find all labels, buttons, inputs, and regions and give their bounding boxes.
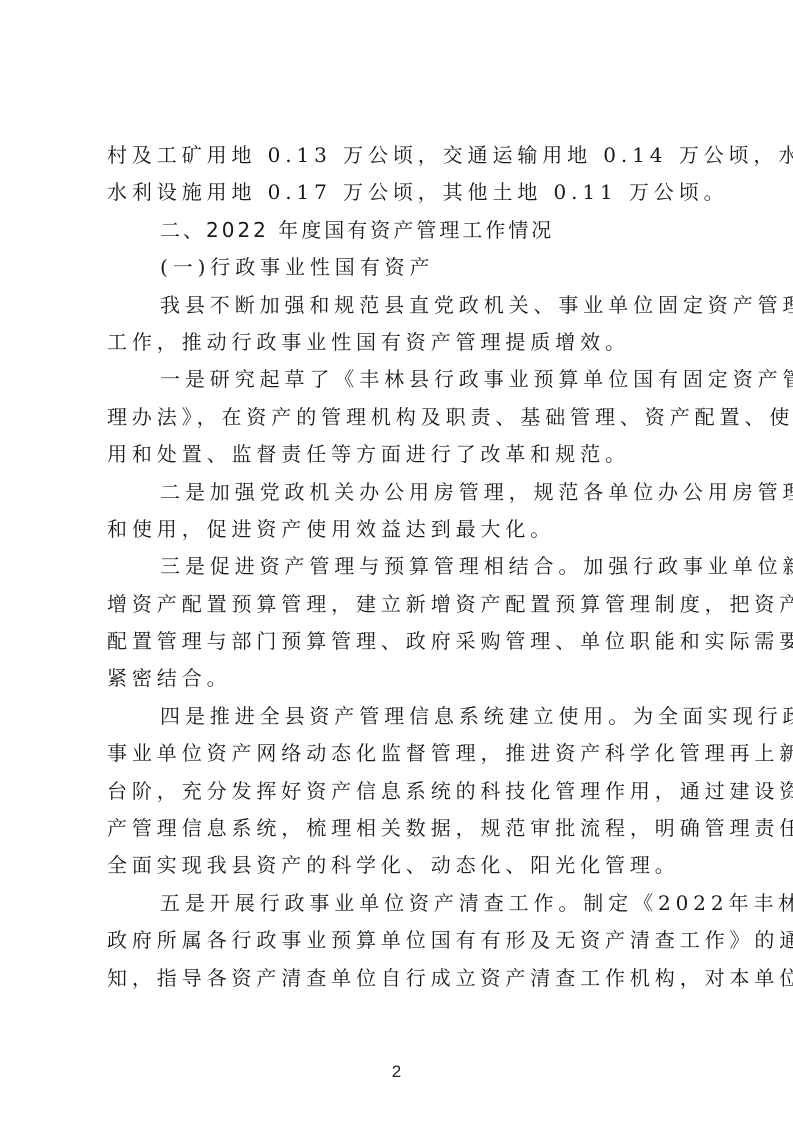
text-line: 配置管理与部门预算管理、政府采购管理、单位职能和实际需要 xyxy=(107,623,693,660)
text-line: 政府所属各行政事业预算单位国有有形及无资产清查工作》的通 xyxy=(107,922,693,959)
text-line: 产管理信息系统，梳理相关数据，规范审批流程，明确管理责任， xyxy=(107,810,693,847)
text-line: 增资产配置预算管理，建立新增资产配置预算管理制度，把资产 xyxy=(107,586,693,623)
text-line: 台阶，充分发挥好资产信息系统的科技化管理作用，通过建设资 xyxy=(107,773,693,810)
text-line: 三是促进资产管理与预算管理相结合。加强行政事业单位新 xyxy=(107,548,693,585)
subsection-heading: (一)行政事业性国有资产 xyxy=(107,249,693,286)
text-line: 全面实现我县资产的科学化、动态化、阳光化管理。 xyxy=(107,847,693,884)
section-heading: 二、2022 年度国有资产管理工作情况 xyxy=(107,212,693,249)
page-number: 2 xyxy=(0,1062,793,1082)
text-line: 工作，推动行政事业性国有资产管理提质增效。 xyxy=(107,324,693,361)
text-line: 理办法》，在资产的管理机构及职责、基础管理、资产配置、使 xyxy=(107,399,693,436)
document-page: 村及工矿用地 0.13 万公顷，交通运输用地 0.14 万公顷，水域及 水利设施… xyxy=(0,0,793,1122)
text-line: 知，指导各资产清查单位自行成立资产清查工作机构，对本单位 xyxy=(107,960,693,997)
text-line: 和使用，促进资产使用效益达到最大化。 xyxy=(107,511,693,548)
text-line: 五是开展行政事业单位资产清查工作。制定《2022年丰林县 xyxy=(107,885,693,922)
text-line: 一是研究起草了《丰林县行政事业预算单位国有固定资产管 xyxy=(107,361,693,398)
text-line: 水利设施用地 0.17 万公顷，其他土地 0.11 万公顷。 xyxy=(107,174,693,211)
text-line: 用和处置、监督责任等方面进行了改革和规范。 xyxy=(107,436,693,473)
text-line: 紧密结合。 xyxy=(107,660,693,697)
text-line: 四是推进全县资产管理信息系统建立使用。为全面实现行政 xyxy=(107,698,693,735)
body-text: 村及工矿用地 0.13 万公顷，交通运输用地 0.14 万公顷，水域及 水利设施… xyxy=(107,137,693,997)
text-line: 二是加强党政机关办公用房管理，规范各单位办公用房管理 xyxy=(107,474,693,511)
text-line: 事业单位资产网络动态化监督管理，推进资产科学化管理再上新 xyxy=(107,735,693,772)
text-line: 我县不断加强和规范县直党政机关、事业单位固定资产管理 xyxy=(107,287,693,324)
text-line: 村及工矿用地 0.13 万公顷，交通运输用地 0.14 万公顷，水域及 xyxy=(107,137,693,174)
